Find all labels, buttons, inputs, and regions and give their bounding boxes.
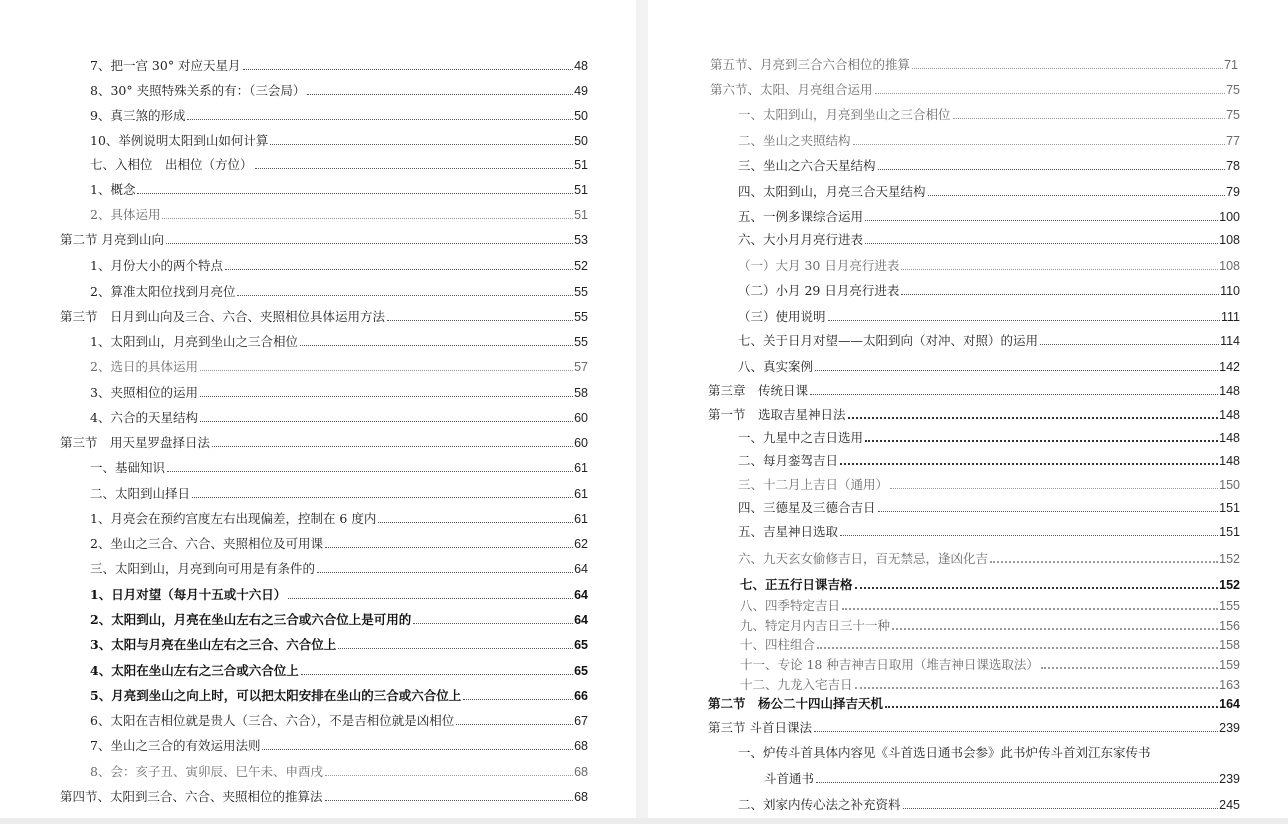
toc-entry-title: 二、每月銮驾吉日: [738, 453, 839, 469]
dot-leader: [892, 627, 1218, 630]
dot-leader: [890, 487, 1218, 489]
toc-entry-title: 3、太阳与月亮在坐山左右之三合、六合位上: [90, 637, 337, 653]
toc-entry[interactable]: 一、太阳到山，月亮到坐山之三合相位75: [738, 107, 1240, 123]
toc-entry-title: 第三节 用天星罗盘择日法: [60, 435, 211, 451]
toc-entry-page-number: 68: [574, 738, 588, 754]
toc-entry[interactable]: 3、夹照相位的运用58: [90, 385, 588, 401]
toc-entry[interactable]: 8、30° 夹照特殊关系的有：（三会局）49: [90, 83, 588, 99]
toc-entry-page-number: 239: [1219, 720, 1240, 736]
toc-entry-page-number: 51: [574, 157, 588, 173]
toc-entry-title: 第二节 杨公二十四山择吉天机: [708, 696, 884, 712]
dot-leader: [912, 67, 1223, 69]
dot-leader: [167, 470, 573, 472]
dot-leader: [1041, 666, 1218, 669]
toc-entry-page-number: 148: [1219, 407, 1240, 423]
toc-entry[interactable]: 九、特定月内吉日三十一种156: [740, 618, 1240, 634]
toc-entry-page-number: 62: [574, 536, 588, 552]
toc-entry[interactable]: 6、太阳在吉相位就是贵人（三合、六合），不是吉相位就是凶相位67: [90, 713, 588, 729]
toc-entry[interactable]: （二）小月 29 日月亮行进表110: [738, 283, 1240, 299]
toc-entry-title: 五、一例多课综合运用: [738, 209, 864, 225]
toc-entry[interactable]: 3、太阳与月亮在坐山左右之三合、六合位上65: [90, 637, 588, 653]
toc-entry-page-number: 51: [574, 207, 588, 223]
bottom-edge: [0, 818, 1288, 824]
toc-entry-page-number: 239: [1219, 771, 1240, 787]
toc-entry[interactable]: 第二节 杨公二十四山择吉天机164: [708, 696, 1240, 712]
dot-leader: [325, 799, 574, 801]
right-page: 第五节、月亮到三合六合相位的推算71第六节、太阳、月亮组合运用75一、太阳到山，…: [648, 0, 1288, 818]
toc-entry-title: 8、30° 夹照特殊关系的有：（三会局）: [90, 83, 306, 99]
toc-entry-title: 三、坐山之六合天星结构: [738, 158, 877, 174]
dot-leader: [842, 607, 1218, 610]
toc-entry-title: 斗首通书: [764, 771, 815, 787]
toc-entry[interactable]: 第四节、太阳到三合、六合、夹照相位的推算法68: [60, 789, 588, 805]
toc-entry-page-number: 142: [1219, 359, 1240, 375]
dot-leader: [166, 242, 573, 244]
left-page: 7、把一宫 30° 对应天星月488、30° 夹照特殊关系的有：（三会局）499…: [0, 0, 636, 818]
dot-leader: [903, 807, 1219, 809]
toc-entry-page-number: 155: [1219, 598, 1240, 614]
toc-entry[interactable]: 1、太阳到山，月亮到坐山之三合相位55: [90, 334, 588, 350]
toc-entry-title: 七、关于日月对望——太阳到向（对冲、对照）的运用: [738, 333, 1039, 349]
toc-entry-page-number: 50: [574, 108, 588, 124]
dot-leader: [855, 686, 1219, 689]
dot-leader: [413, 622, 573, 624]
dot-leader: [200, 395, 573, 397]
dot-leader: [212, 445, 573, 447]
toc-entry-title: 1、日月对望（每月十五或十六日）: [90, 587, 287, 603]
dot-leader: [338, 647, 573, 649]
dot-leader: [865, 439, 1218, 442]
toc-entry[interactable]: 四、三德星及三德合吉日151: [738, 500, 1240, 516]
dot-leader: [456, 723, 573, 725]
dot-leader: [307, 93, 573, 95]
toc-entry-page-number: 52: [574, 258, 588, 274]
toc-entry[interactable]: （一）大月 30 日月亮行进表108: [738, 258, 1240, 274]
dot-leader: [200, 369, 573, 371]
toc-entry-title: （二）小月 29 日月亮行进表: [738, 283, 900, 299]
toc-entry-page-number: 55: [574, 309, 588, 325]
toc-entry-page-number: 55: [574, 334, 588, 350]
dot-leader: [878, 510, 1219, 512]
dot-leader: [255, 167, 574, 169]
dot-leader: [243, 68, 574, 70]
toc-entry[interactable]: 1、月亮会在预约宫度左右出现偏差，控制在 6 度内61: [90, 511, 588, 527]
toc-entry[interactable]: 2、选日的具体运用57: [90, 359, 588, 375]
toc-entry[interactable]: 10、举例说明太阳到山如何计算50: [90, 133, 588, 149]
toc-entry[interactable]: 2、算准太阳位找到月亮位55: [90, 284, 588, 300]
toc-entry-title: 7、坐山之三合的有效运用法则: [90, 738, 261, 754]
dot-leader: [885, 705, 1218, 708]
toc-entry[interactable]: 第三节 斗首日课法239: [708, 720, 1240, 736]
toc-entry-page-number: 77: [1226, 133, 1240, 149]
toc-entry-title: 8、会：亥子丑、寅卯辰、巳午未、申酉戌: [90, 764, 324, 780]
toc-entry-title: 六、九天玄女偷修吉日，百无禁忌，逢凶化吉: [738, 551, 989, 567]
dot-leader: [317, 571, 573, 573]
dot-leader: [817, 646, 1218, 649]
toc-entry-page-number: 75: [1226, 82, 1240, 98]
toc-entry-page-number: 53: [574, 232, 588, 248]
toc-entry-page-number: 64: [574, 587, 588, 603]
toc-entry-page-number: 79: [1226, 184, 1240, 200]
toc-entry-page-number: 68: [574, 789, 588, 805]
toc-entry-title: 一、基础知识: [90, 460, 166, 476]
toc-entry[interactable]: 第三节 日月到山向及三合、六合、夹照相位具体运用方法55: [60, 309, 588, 325]
dot-leader: [200, 420, 573, 422]
toc-entry-page-number: 245: [1219, 797, 1240, 813]
toc-entry[interactable]: 五、吉星神日选取151: [738, 524, 1240, 540]
toc-entry[interactable]: 1、概念51: [90, 182, 588, 198]
toc-entry-title: 七、正五行日课吉格: [740, 577, 854, 593]
toc-entry[interactable]: 三、坐山之六合天星结构78: [738, 158, 1240, 174]
toc-entry[interactable]: 第二节 月亮到山向53: [60, 232, 588, 248]
table-of-contents-left: 7、把一宫 30° 对应天星月488、30° 夹照特殊关系的有：（三会局）499…: [0, 0, 636, 818]
toc-entry[interactable]: 八、真实案例142: [738, 359, 1240, 375]
toc-entry-page-number: 65: [574, 637, 588, 653]
dot-leader: [840, 462, 1218, 465]
toc-entry-title: 一、太阳到山，月亮到坐山之三合相位: [738, 107, 952, 123]
toc-entry[interactable]: 七、关于日月对望——太阳到向（对冲、对照）的运用114: [738, 333, 1240, 349]
toc-entry-title: 第一节 选取吉星神日法: [708, 407, 847, 423]
toc-entry-page-number: 60: [574, 435, 588, 451]
toc-entry-title: 三、太阳到山，月亮到向可用是有条件的: [90, 561, 316, 577]
toc-entry[interactable]: 1、日月对望（每月十五或十六日）64: [90, 587, 588, 603]
toc-entry[interactable]: 7、坐山之三合的有效运用法则68: [90, 738, 588, 754]
dot-leader: [878, 168, 1226, 170]
dot-leader: [325, 774, 573, 776]
toc-entry-title: 5、月亮到坐山之向上时，可以把太阳安排在坐山的三合或六合位上: [90, 688, 462, 704]
toc-entry-title: 第三节 日月到山向及三合、六合、夹照相位具体运用方法: [60, 309, 386, 325]
toc-entry-title: 2、算准太阳位找到月亮位: [90, 284, 236, 300]
toc-entry-page-number: 48: [574, 58, 588, 74]
dot-leader: [928, 194, 1226, 196]
dot-leader: [225, 268, 573, 270]
toc-entry-title: 二、太阳到山择日: [90, 486, 191, 502]
toc-entry-title: 四、三德星及三德合吉日: [738, 500, 877, 516]
toc-entry-title: 七、入相位 出相位（方位）: [90, 157, 254, 173]
dot-leader: [901, 293, 1219, 295]
toc-entry-page-number: 49: [574, 83, 588, 99]
toc-entry[interactable]: 第三章 传统日课148: [708, 383, 1240, 399]
toc-entry-title: 6、太阳在吉相位就是贵人（三合、六合），不是吉相位就是凶相位: [90, 713, 455, 729]
dot-leader: [840, 534, 1218, 536]
toc-entry-title: 三、十二月上吉日（通用）: [738, 477, 889, 493]
toc-entry-title: 十、四柱组合: [740, 637, 816, 653]
toc-entry-page-number: 108: [1219, 232, 1240, 248]
toc-entry-page-number: 158: [1219, 637, 1240, 653]
toc-entry-title: 4、六合的天星结构: [90, 410, 199, 426]
dot-leader: [387, 319, 573, 321]
dot-leader: [270, 143, 573, 145]
table-of-contents-right: 第五节、月亮到三合六合相位的推算71第六节、太阳、月亮组合运用75一、太阳到山，…: [648, 0, 1288, 818]
toc-entry[interactable]: 十二、九龙入宅吉日163: [740, 677, 1240, 693]
toc-entry-title: 五、吉星神日选取: [738, 524, 839, 540]
toc-entry[interactable]: 4、太阳在坐山左右之三合或六合位上65: [90, 663, 588, 679]
toc-entry-title: 九、特定月内吉日三十一种: [740, 618, 891, 634]
toc-entry-page-number: 67: [574, 713, 588, 729]
toc-entry[interactable]: 四、太阳到山，月亮三合天星结构79: [738, 184, 1240, 200]
toc-entry[interactable]: （三）使用说明111: [738, 309, 1240, 325]
toc-entry-title: 十二、九龙入宅吉日: [740, 677, 854, 693]
toc-entry[interactable]: 9、真三煞的形成50: [90, 108, 588, 124]
toc-entry-page-number: 148: [1219, 453, 1240, 469]
toc-entry[interactable]: 5、月亮到坐山之向上时，可以把太阳安排在坐山的三合或六合位上66: [90, 688, 588, 704]
dot-leader: [853, 143, 1226, 145]
toc-entry[interactable]: 一、九星中之吉日选用148: [738, 430, 1240, 446]
toc-entry-title: 十一、专论 18 种吉神吉日取用（堆吉神日课选取法）: [740, 657, 1040, 673]
dot-leader: [816, 781, 1218, 783]
toc-entry-page-number: 148: [1219, 430, 1240, 446]
toc-entry-title: 7、把一宫 30° 对应天星月: [90, 58, 242, 74]
toc-entry-page-number: 60: [574, 410, 588, 426]
toc-entry[interactable]: 十、四柱组合158: [740, 637, 1240, 653]
dot-leader: [192, 496, 573, 498]
toc-entry[interactable]: 第五节、月亮到三合六合相位的推算71: [710, 57, 1238, 73]
toc-entry[interactable]: 七、正五行日课吉格152: [740, 577, 1240, 593]
toc-entry-page-number: 152: [1219, 551, 1240, 567]
toc-entry-page-number: 64: [574, 561, 588, 577]
toc-entry[interactable]: 4、六合的天星结构60: [90, 410, 588, 426]
toc-entry[interactable]: 7、把一宫 30° 对应天星月48: [90, 58, 588, 74]
toc-entry-title: 二、坐山之夹照结构: [738, 133, 852, 149]
toc-entry-title: （三）使用说明: [738, 309, 827, 325]
toc-entry[interactable]: 斗首通书239: [764, 771, 1240, 787]
toc-entry-title: 第三节 斗首日课法: [708, 720, 813, 736]
toc-entry-page-number: 78: [1226, 158, 1240, 174]
toc-entry-page-number: 51: [574, 182, 588, 198]
dot-leader: [137, 192, 573, 194]
toc-entry-title: 四、太阳到山，月亮三合天星结构: [738, 184, 927, 200]
toc-entry-page-number: 100: [1219, 209, 1240, 225]
toc-entry-title: 4、太阳在坐山左右之三合或六合位上: [90, 663, 300, 679]
toc-entry-page-number: 151: [1219, 500, 1240, 516]
page-gutter: [636, 0, 648, 818]
dot-leader: [187, 118, 573, 120]
toc-entry-page-number: 156: [1219, 618, 1240, 634]
toc-entry-page-number: 61: [574, 486, 588, 502]
toc-entry-page-number: 151: [1219, 524, 1240, 540]
toc-entry-page-number: 64: [574, 612, 588, 628]
toc-entry-title: 第二节 月亮到山向: [60, 232, 165, 248]
toc-entry-title: 第五节、月亮到三合六合相位的推算: [710, 57, 911, 73]
toc-entry-page-number: 61: [574, 460, 588, 476]
toc-entry[interactable]: 一、基础知识61: [90, 460, 588, 476]
toc-entry-page-number: 50: [574, 133, 588, 149]
toc-entry[interactable]: 六、大小月月亮行进表108: [738, 232, 1240, 248]
dot-leader: [875, 92, 1226, 94]
toc-entry-page-number: 148: [1219, 383, 1240, 399]
dot-leader: [810, 393, 1218, 395]
toc-entry-page-number: 150: [1219, 477, 1240, 493]
toc-entry-page-number: 75: [1226, 107, 1240, 123]
toc-entry-title: 1、月亮会在预约宫度左右出现偏差，控制在 6 度内: [90, 511, 377, 527]
dot-leader: [325, 546, 573, 548]
toc-entry-title: 10、举例说明太阳到山如何计算: [90, 133, 269, 149]
toc-entry-title: 第四节、太阳到三合、六合、夹照相位的推算法: [60, 789, 324, 805]
dot-leader: [237, 294, 573, 296]
dot-leader: [865, 219, 1218, 221]
dot-leader: [901, 268, 1218, 270]
toc-entry[interactable]: 八、四季特定吉日155: [740, 598, 1240, 614]
toc-entry[interactable]: 2、坐山之三合、六合、夹照相位及可用课62: [90, 536, 588, 552]
toc-entry-page-number: 61: [574, 511, 588, 527]
toc-entry-title: （一）大月 30 日月亮行进表: [738, 258, 900, 274]
toc-entry[interactable]: 六、九天玄女偷修吉日，百无禁忌，逢凶化吉152: [738, 551, 1240, 567]
toc-entry[interactable]: 二、太阳到山择日61: [90, 486, 588, 502]
dot-leader: [828, 319, 1220, 321]
dot-leader: [814, 730, 1218, 732]
toc-entry[interactable]: 三、十二月上吉日（通用）150: [738, 477, 1240, 493]
toc-entry-title: 二、刘家内传心法之补充资料: [738, 797, 902, 813]
toc-entry[interactable]: 二、刘家内传心法之补充资料245: [738, 797, 1240, 813]
toc-entry-page-number: 164: [1219, 696, 1240, 712]
toc-entry-page-number: 111: [1221, 309, 1240, 325]
dot-leader: [865, 242, 1218, 244]
toc-entry[interactable]: 三、太阳到山，月亮到向可用是有条件的64: [90, 561, 588, 577]
toc-entry-title: 一、炉传斗首具体内容见《斗首选日通书会参》此书炉传斗首刘江东家传书: [738, 745, 1152, 761]
toc-entry-title: 1、月份大小的两个特点: [90, 258, 224, 274]
dot-leader: [953, 117, 1226, 119]
toc-entry[interactable]: 2、太阳到山，月亮在坐山左右之三合或六合位上是可用的64: [90, 612, 588, 628]
toc-entry[interactable]: 十一、专论 18 种吉神吉日取用（堆吉神日课选取法）159: [740, 657, 1240, 673]
toc-entry[interactable]: 五、一例多课综合运用100: [738, 209, 1240, 225]
toc-entry[interactable]: 第三节 用天星罗盘择日法60: [60, 435, 588, 451]
dot-leader: [463, 698, 573, 700]
toc-entry-page-number: 110: [1220, 283, 1240, 299]
dot-leader: [162, 217, 573, 219]
dot-leader: [815, 369, 1218, 371]
toc-entry[interactable]: 1、月份大小的两个特点52: [90, 258, 588, 274]
dot-leader: [300, 344, 573, 346]
dot-leader: [1040, 343, 1219, 345]
toc-entry-title: 第三章 传统日课: [708, 383, 809, 399]
toc-entry-page-number: 57: [574, 359, 588, 375]
dot-leader: [288, 597, 573, 599]
dot-leader: [848, 416, 1219, 419]
dot-leader: [262, 748, 573, 750]
toc-entry[interactable]: 8、会：亥子丑、寅卯辰、巳午未、申酉戌68: [90, 764, 588, 780]
toc-entry[interactable]: 二、坐山之夹照结构77: [738, 133, 1240, 149]
dot-leader: [855, 586, 1219, 589]
toc-entry-page-number: 152: [1219, 577, 1240, 593]
toc-entry-page-number: 163: [1219, 677, 1240, 693]
toc-entry-title: 2、选日的具体运用: [90, 359, 199, 375]
toc-entry-title: 1、概念: [90, 182, 136, 198]
toc-entry-title: 第六节、太阳、月亮组合运用: [710, 82, 874, 98]
toc-entry[interactable]: 七、入相位 出相位（方位）51: [90, 157, 588, 173]
toc-entry-page-number: 66: [574, 688, 588, 704]
toc-entry-title: 2、太阳到山，月亮在坐山左右之三合或六合位上是可用的: [90, 612, 412, 628]
toc-entry-page-number: 108: [1219, 258, 1240, 274]
toc-entry-title: 1、太阳到山，月亮到坐山之三合相位: [90, 334, 299, 350]
toc-entry-title: 一、九星中之吉日选用: [738, 430, 864, 446]
toc-entry-page-number: 58: [574, 385, 588, 401]
dot-leader: [990, 560, 1218, 563]
toc-entry[interactable]: 一、炉传斗首具体内容见《斗首选日通书会参》此书炉传斗首刘江东家传书: [738, 745, 1245, 761]
toc-entry[interactable]: 第六节、太阳、月亮组合运用75: [710, 82, 1240, 98]
toc-entry-page-number: 55: [574, 284, 588, 300]
toc-entry-title: 八、四季特定吉日: [740, 598, 841, 614]
toc-entry[interactable]: 2、具体运用51: [90, 207, 588, 223]
toc-entry-title: 3、夹照相位的运用: [90, 385, 199, 401]
toc-entry[interactable]: 第一节 选取吉星神日法148: [708, 407, 1240, 423]
toc-entry-title: 六、大小月月亮行进表: [738, 232, 864, 248]
toc-entry-page-number: 65: [574, 663, 588, 679]
toc-entry-title: 9、真三煞的形成: [90, 108, 186, 124]
toc-entry-title: 2、具体运用: [90, 207, 161, 223]
dot-leader: [301, 673, 573, 675]
toc-entry-page-number: 159: [1219, 657, 1240, 673]
toc-entry-title: 2、坐山之三合、六合、夹照相位及可用课: [90, 536, 324, 552]
toc-entry-page-number: 71: [1224, 57, 1238, 73]
toc-entry-page-number: 114: [1220, 333, 1240, 349]
toc-entry-page-number: 68: [574, 764, 588, 780]
dot-leader: [378, 521, 573, 523]
toc-entry[interactable]: 二、每月銮驾吉日148: [738, 453, 1240, 469]
toc-entry-title: 八、真实案例: [738, 359, 814, 375]
